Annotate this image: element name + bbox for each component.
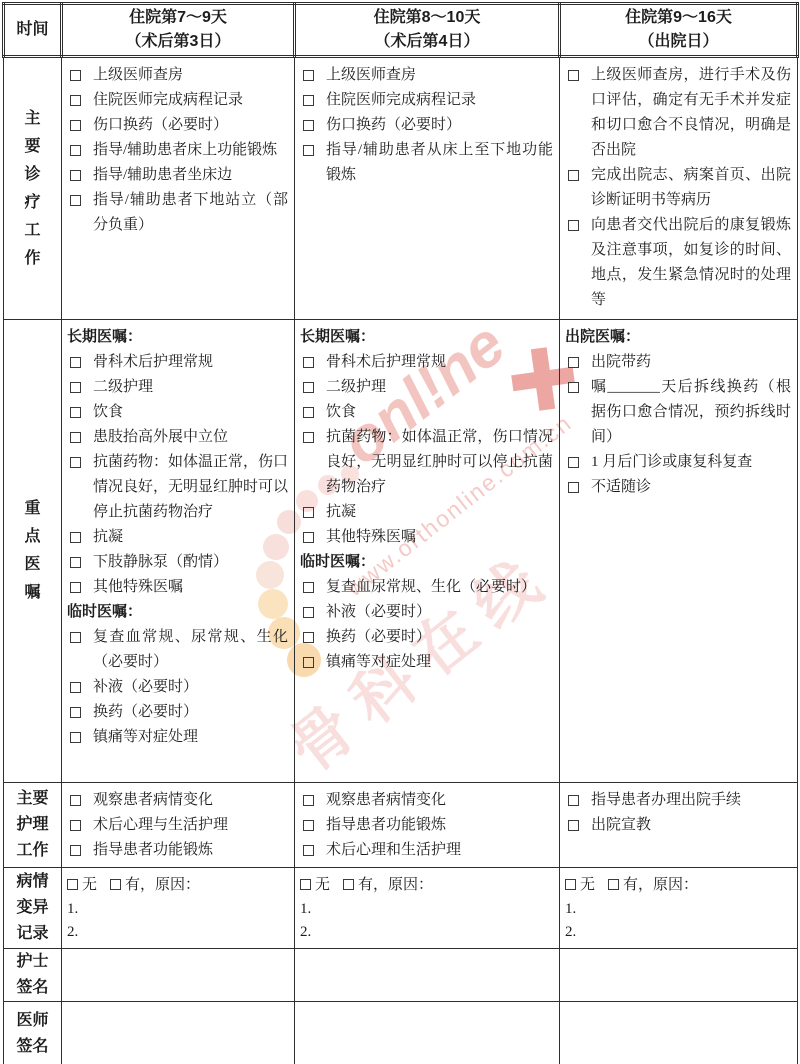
checkbox-icon [70, 70, 81, 81]
checklist-item-text: 向患者交代出院后的康复锻炼及注意事项，如复诊的时间、地点，发生紧急情况时的处理等 [591, 213, 794, 313]
checklist-item: 1 月后门诊或康复科复查 [565, 450, 794, 475]
orders-day8-10-cell: 长期医嘱：骨科术后护理常规二级护理饮食抗菌药物：如体温正常，伤口情况良好，无明显… [295, 320, 560, 783]
diagnosis-day7-9-cell: 上级医师查房住院医师完成病程记录伤口换药（必要时）指导/辅助患者床上功能锻炼指导… [62, 57, 295, 320]
order-section-heading: 临时医嘱： [67, 600, 291, 625]
checklist-item: 术后心理与生活护理 [67, 813, 291, 838]
checklist-item-text: 上级医师查房，进行手术及伤口评估，确定有无手术并发症和切口愈合不良情况，明确是否… [591, 63, 794, 163]
nursing-row: 主要 护理 工作 观察患者病情变化术后心理与生活护理指导患者功能锻炼 观察患者病… [4, 783, 798, 868]
checklist-item-text: 指导患者功能锻炼 [93, 838, 291, 863]
variation-row: 病情 变异 记录 无有，原因： 1. 2. 无有，原因： 1. 2. 无有，原因… [4, 868, 798, 949]
checkbox-icon [110, 879, 121, 890]
checklist-item: 饮食 [300, 400, 556, 425]
checklist-item: 抗凝 [67, 525, 291, 550]
checklist-item-text: 骨科术后护理常规 [326, 350, 556, 375]
checklist-item-text: 换药（必要时） [93, 700, 291, 725]
checkbox-icon [67, 879, 78, 890]
checklist-item: 指导患者功能锻炼 [67, 838, 291, 863]
clinical-pathway-table: 时间 住院第7～9天 （术后第3日） 住院第8～10天 （术后第4日） 住院第9… [2, 2, 799, 1064]
checkbox-icon [303, 407, 314, 418]
checkbox-icon [303, 582, 314, 593]
order-section-heading: 长期医嘱： [67, 325, 291, 350]
checkbox-icon [303, 607, 314, 618]
checklist-item-text: 嘱_______天后拆线换药（根据伤口愈合情况，预约拆线时间） [591, 375, 794, 450]
checklist-item: 指导/辅助患者床上功能锻炼 [67, 138, 291, 163]
checklist-item: 嘱_______天后拆线换药（根据伤口愈合情况，预约拆线时间） [565, 375, 794, 450]
checklist-item-text: 下肢静脉泵（酌情） [93, 550, 291, 575]
variation-reason-line-1: 1. [565, 898, 794, 921]
variation-options: 无有，原因： [300, 874, 556, 897]
checkbox-icon [568, 170, 579, 181]
checklist-item: 伤口换药（必要时） [300, 113, 556, 138]
variation-no-label: 无 [315, 877, 330, 893]
checklist-item: 补液（必要时） [67, 675, 291, 700]
orders-day9-16-cell: 出院医嘱：出院带药嘱_______天后拆线换药（根据伤口愈合情况，预约拆线时间）… [560, 320, 798, 783]
diagnosis-day9-16-cell: 上级医师查房，进行手术及伤口评估，确定有无手术并发症和切口愈合不良情况，明确是否… [560, 57, 798, 320]
nursing-row-label: 主要 护理 工作 [4, 783, 62, 868]
time-header-label: 时间 [5, 18, 60, 42]
checklist-item: 复查血常规、尿常规、生化（必要时） [67, 625, 291, 675]
checklist-item: 二级护理 [300, 375, 556, 400]
checkbox-icon [568, 357, 579, 368]
checkbox-icon [70, 432, 81, 443]
orders-row: 重 点 医 嘱 长期医嘱：骨科术后护理常规二级护理饮食患肢抬高外展中立位抗菌药物… [4, 320, 798, 783]
variation-no-label: 无 [82, 877, 97, 893]
checklist-item-text: 补液（必要时） [93, 675, 291, 700]
variation-day7-9-cell: 无有，原因： 1. 2. [62, 868, 295, 949]
checkbox-icon [70, 457, 81, 468]
nurse-signature-label: 护士 签名 [4, 949, 62, 1002]
checkbox-icon [303, 120, 314, 131]
checkbox-icon [303, 432, 314, 443]
checkbox-icon [303, 632, 314, 643]
checklist-item-text: 观察患者病情变化 [93, 788, 291, 813]
checklist-item-text: 抗菌药物：如体温正常，伤口情况良好，无明显红肿时可以停止抗菌药物治疗 [93, 450, 291, 525]
nursing-day7-9-cell: 观察患者病情变化术后心理与生活护理指导患者功能锻炼 [62, 783, 295, 868]
checklist-item: 向患者交代出院后的康复锻炼及注意事项，如复诊的时间、地点，发生紧急情况时的处理等 [565, 213, 794, 313]
checkbox-icon [608, 879, 619, 890]
checkbox-icon [70, 820, 81, 831]
checklist-item: 其他特殊医嘱 [67, 575, 291, 600]
variation-options: 无有，原因： [565, 874, 794, 897]
checkbox-icon [303, 820, 314, 831]
checklist-item-text: 抗菌药物：如体温正常，伤口情况良好，无明显红肿时可以停止抗菌药物治疗 [326, 425, 556, 500]
checkbox-icon [303, 657, 314, 668]
checkbox-icon [70, 632, 81, 643]
checkbox-icon [568, 820, 579, 831]
header-day8-10-title: 住院第8～10天 [296, 6, 558, 30]
checklist-item: 抗凝 [300, 500, 556, 525]
checklist-item: 术后心理和生活护理 [300, 838, 556, 863]
checklist-item-text: 上级医师查房 [93, 63, 291, 88]
variation-reason-line-1: 1. [67, 898, 291, 921]
checklist-item-text: 骨科术后护理常规 [93, 350, 291, 375]
checkbox-icon [70, 145, 81, 156]
doctor-signature-row: 医师 签名 [4, 1002, 798, 1064]
variation-options: 无有，原因： [67, 874, 291, 897]
checklist-item-text: 出院宣教 [591, 813, 794, 838]
variation-day8-10-cell: 无有，原因： 1. 2. [295, 868, 560, 949]
checklist-item-text: 镇痛等对症处理 [93, 725, 291, 750]
variation-yes-label: 有，原因： [358, 877, 433, 893]
checklist-item: 指导患者功能锻炼 [300, 813, 556, 838]
checklist-item: 上级医师查房 [300, 63, 556, 88]
checkbox-icon [70, 407, 81, 418]
checklist-item: 指导/辅助患者从床上至下地功能锻炼 [300, 138, 556, 188]
checklist-item: 复查血尿常规、生化（必要时） [300, 575, 556, 600]
clinical-pathway-page: onl!ne www.orthonline.com.cn 骨科在线 时间 住院第… [0, 0, 800, 1064]
header-day9-16-subtitle: （出院日） [561, 30, 796, 54]
diagnosis-row: 主 要 诊 疗 工 作 上级医师查房住院医师完成病程记录伤口换药（必要时）指导/… [4, 57, 798, 320]
checkbox-icon [70, 557, 81, 568]
checklist-item-text: 补液（必要时） [326, 600, 556, 625]
checklist-item: 指导/辅助患者下地站立（部分负重） [67, 188, 291, 238]
checklist-item-text: 上级医师查房 [326, 63, 556, 88]
checklist-item: 换药（必要时） [300, 625, 556, 650]
checkbox-icon [303, 382, 314, 393]
checklist-item-text: 二级护理 [326, 375, 556, 400]
checklist-item: 出院带药 [565, 350, 794, 375]
checklist-item-text: 指导患者功能锻炼 [326, 813, 556, 838]
header-row: 时间 住院第7～9天 （术后第3日） 住院第8～10天 （术后第4日） 住院第9… [4, 4, 798, 57]
diagnosis-row-label: 主 要 诊 疗 工 作 [4, 57, 62, 320]
checkbox-icon [303, 357, 314, 368]
checkbox-icon [303, 532, 314, 543]
checkbox-icon [568, 795, 579, 806]
checklist-item-text: 术后心理和生活护理 [326, 838, 556, 863]
header-day7-9-subtitle: （术后第3日） [63, 30, 293, 54]
checkbox-icon [70, 532, 81, 543]
checklist-item-text: 抗凝 [326, 500, 556, 525]
checklist-item: 抗菌药物：如体温正常，伤口情况良好，无明显红肿时可以停止抗菌药物治疗 [300, 425, 556, 500]
checkbox-icon [70, 382, 81, 393]
orders-day7-9-cell: 长期医嘱：骨科术后护理常规二级护理饮食患肢抬高外展中立位抗菌药物：如体温正常，伤… [62, 320, 295, 783]
header-day8-10-cell: 住院第8～10天 （术后第4日） [295, 4, 560, 57]
checkbox-icon [568, 382, 579, 393]
checklist-item: 骨科术后护理常规 [67, 350, 291, 375]
checklist-item-text: 换药（必要时） [326, 625, 556, 650]
checklist-item: 指导患者办理出院手续 [565, 788, 794, 813]
checkbox-icon [70, 195, 81, 206]
checklist-item-text: 观察患者病情变化 [326, 788, 556, 813]
checklist-item-text: 饮食 [326, 400, 556, 425]
checkbox-icon [303, 95, 314, 106]
checklist-item: 指导/辅助患者坐床边 [67, 163, 291, 188]
checkbox-icon [568, 220, 579, 231]
checklist-item-text: 镇痛等对症处理 [326, 650, 556, 675]
order-section-heading: 长期医嘱： [300, 325, 556, 350]
checkbox-icon [300, 879, 311, 890]
doctor-signature-label: 医师 签名 [4, 1002, 62, 1064]
checklist-item-text: 二级护理 [93, 375, 291, 400]
checkbox-icon [303, 70, 314, 81]
header-day7-9-title: 住院第7～9天 [63, 6, 293, 30]
checkbox-icon [303, 507, 314, 518]
checkbox-icon [70, 732, 81, 743]
checklist-item-text: 不适随诊 [591, 475, 794, 500]
checkbox-icon [568, 70, 579, 81]
nurse-signature-day7-9-cell [62, 949, 295, 1002]
checkbox-icon [70, 845, 81, 856]
checkbox-icon [70, 795, 81, 806]
checklist-item: 二级护理 [67, 375, 291, 400]
variation-reason-line-2: 2. [565, 921, 794, 944]
header-day9-16-title: 住院第9～16天 [561, 6, 796, 30]
checkbox-icon [70, 707, 81, 718]
checklist-item-text: 完成出院志、病案首页、出院诊断证明书等病历 [591, 163, 794, 213]
order-section-heading: 临时医嘱： [300, 550, 556, 575]
checkbox-icon [565, 879, 576, 890]
order-section-heading: 出院医嘱： [565, 325, 794, 350]
checklist-item: 其他特殊医嘱 [300, 525, 556, 550]
checklist-item-text: 指导患者办理出院手续 [591, 788, 794, 813]
time-header-cell: 时间 [4, 4, 62, 57]
checkbox-icon [70, 120, 81, 131]
variation-day9-16-cell: 无有，原因： 1. 2. [560, 868, 798, 949]
orders-row-label: 重 点 医 嘱 [4, 320, 62, 783]
checkbox-icon [303, 845, 314, 856]
checklist-item-text: 指导/辅助患者坐床边 [93, 163, 291, 188]
nursing-day9-16-cell: 指导患者办理出院手续出院宣教 [560, 783, 798, 868]
checklist-item: 伤口换药（必要时） [67, 113, 291, 138]
checklist-item: 观察患者病情变化 [67, 788, 291, 813]
checklist-item: 完成出院志、病案首页、出院诊断证明书等病历 [565, 163, 794, 213]
checklist-item-text: 住院医师完成病程记录 [93, 88, 291, 113]
header-day8-10-subtitle: （术后第4日） [296, 30, 558, 54]
checkbox-icon [343, 879, 354, 890]
checklist-item-text: 伤口换药（必要时） [93, 113, 291, 138]
checklist-item-text: 其他特殊医嘱 [93, 575, 291, 600]
checklist-item-text: 抗凝 [93, 525, 291, 550]
checklist-item-text: 指导/辅助患者床上功能锻炼 [93, 138, 291, 163]
diagnosis-day8-10-cell: 上级医师查房住院医师完成病程记录伤口换药（必要时）指导/辅助患者从床上至下地功能… [295, 57, 560, 320]
nurse-signature-day9-16-cell [560, 949, 798, 1002]
checklist-item: 镇痛等对症处理 [300, 650, 556, 675]
checklist-item: 补液（必要时） [300, 600, 556, 625]
checklist-item-text: 其他特殊医嘱 [326, 525, 556, 550]
checklist-item-text: 患肢抬高外展中立位 [93, 425, 291, 450]
checklist-item: 患肢抬高外展中立位 [67, 425, 291, 450]
variation-no-label: 无 [580, 877, 595, 893]
doctor-signature-day9-16-cell [560, 1002, 798, 1064]
checklist-item-text: 指导/辅助患者从床上至下地功能锻炼 [326, 138, 556, 188]
header-day7-9-cell: 住院第7～9天 （术后第3日） [62, 4, 295, 57]
header-day9-16-cell: 住院第9～16天 （出院日） [560, 4, 798, 57]
variation-yes-label: 有，原因： [125, 877, 200, 893]
checklist-item: 上级医师查房 [67, 63, 291, 88]
nurse-signature-day8-10-cell [295, 949, 560, 1002]
doctor-signature-day7-9-cell [62, 1002, 295, 1064]
nursing-day8-10-cell: 观察患者病情变化指导患者功能锻炼术后心理和生活护理 [295, 783, 560, 868]
checklist-item: 上级医师查房，进行手术及伤口评估，确定有无手术并发症和切口愈合不良情况，明确是否… [565, 63, 794, 163]
checkbox-icon [70, 95, 81, 106]
checklist-item: 住院医师完成病程记录 [67, 88, 291, 113]
checklist-item-text: 住院医师完成病程记录 [326, 88, 556, 113]
variation-row-label: 病情 变异 记录 [4, 868, 62, 949]
checklist-item-text: 伤口换药（必要时） [326, 113, 556, 138]
checkbox-icon [70, 582, 81, 593]
variation-reason-line-2: 2. [67, 921, 291, 944]
variation-reason-line-1: 1. [300, 898, 556, 921]
checklist-item-text: 术后心理与生活护理 [93, 813, 291, 838]
checklist-item: 住院医师完成病程记录 [300, 88, 556, 113]
checklist-item: 观察患者病情变化 [300, 788, 556, 813]
checklist-item: 骨科术后护理常规 [300, 350, 556, 375]
checkbox-icon [568, 457, 579, 468]
checklist-item-text: 出院带药 [591, 350, 794, 375]
checkbox-icon [568, 482, 579, 493]
checklist-item-text: 1 月后门诊或康复科复查 [591, 450, 794, 475]
doctor-signature-day8-10-cell [295, 1002, 560, 1064]
checklist-item: 镇痛等对症处理 [67, 725, 291, 750]
checklist-item: 换药（必要时） [67, 700, 291, 725]
checkbox-icon [70, 357, 81, 368]
checklist-item-text: 复查血尿常规、生化（必要时） [326, 575, 556, 600]
checklist-item: 不适随诊 [565, 475, 794, 500]
checklist-item-text: 复查血常规、尿常规、生化（必要时） [93, 625, 291, 675]
checkbox-icon [303, 795, 314, 806]
checklist-item: 饮食 [67, 400, 291, 425]
checkbox-icon [70, 170, 81, 181]
nurse-signature-row: 护士 签名 [4, 949, 798, 1002]
checkbox-icon [70, 682, 81, 693]
checklist-item: 出院宣教 [565, 813, 794, 838]
checkbox-icon [303, 145, 314, 156]
checklist-item: 抗菌药物：如体温正常，伤口情况良好，无明显红肿时可以停止抗菌药物治疗 [67, 450, 291, 525]
variation-reason-line-2: 2. [300, 921, 556, 944]
variation-yes-label: 有，原因： [623, 877, 698, 893]
checklist-item-text: 饮食 [93, 400, 291, 425]
checklist-item: 下肢静脉泵（酌情） [67, 550, 291, 575]
checklist-item-text: 指导/辅助患者下地站立（部分负重） [93, 188, 291, 238]
